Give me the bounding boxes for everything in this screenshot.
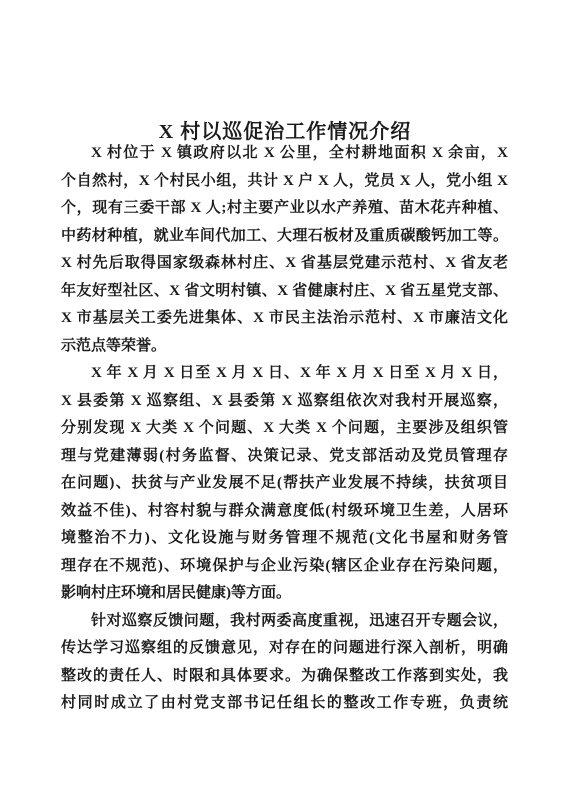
paragraph-line: X 村先后取得国家级森林村庄、X 省基层党建示范村、X 省友老 (61, 250, 508, 278)
paragraph-overview: X 村位于 X 镇政府以北 X 公里，全村耕地面积 X 余亩，X 个自然村，X … (61, 140, 508, 360)
paragraph-line: 个，现有三委干部 X 人;村主要产业以水产养殖、苗木花卉种植、 (61, 195, 508, 223)
paragraph-line: 整改的责任人、时限和具体要求。为确保整改工作落到实处，我 (61, 663, 508, 691)
paragraph-line: 年友好型社区、X 省文明村镇、X 省健康村庄、X 省五星党支部、 (61, 278, 508, 306)
paragraph-line: 境整治不力)、文化设施与财务管理不规范(文化书屋和财务管 (61, 525, 508, 553)
document-body: X 村位于 X 镇政府以北 X 公里，全村耕地面积 X 余亩，X 个自然村，X … (61, 140, 508, 718)
paragraph-line: 理存在不规范)、环境保护与企业污染(辖区企业存在污染问题， (61, 553, 508, 581)
document-page: X 村以巡促治工作情况介绍 X 村位于 X 镇政府以北 X 公里，全村耕地面积 … (0, 0, 570, 807)
paragraph-line: X 年 X 月 X 日至 X 月 X 日、X 年 X 月 X 日至 X 月 X … (61, 360, 508, 388)
paragraph-line: 示范点等荣誉。 (61, 333, 508, 361)
paragraph-line: 效益不佳)、村容村貌与群众满意度低(村级环境卫生差，人居环 (61, 498, 508, 526)
paragraph-line: 分别发现 X 大类 X 个问题、X 大类 X 个问题，主要涉及组织管 (61, 415, 508, 443)
paragraph-line: 个自然村，X 个村民小组，共计 X 户 X 人，党员 X 人，党小组 X (61, 168, 508, 196)
paragraph-line: 村同时成立了由村党支部书记任组长的整改工作专班，负责统 (61, 690, 508, 718)
paragraph-inspection-findings: X 年 X 月 X 日至 X 月 X 日、X 年 X 月 X 日至 X 月 X … (61, 360, 508, 608)
paragraph-line: X 县委第 X 巡察组、X 县委第 X 巡察组依次对我村开展巡察， (61, 388, 508, 416)
paragraph-line: 传达学习巡察组的反馈意见，对存在的问题进行深入剖析，明确 (61, 635, 508, 663)
paragraph-line: 中药材种植，就业车间代加工、大理石板材及重质碳酸钙加工等。 (61, 223, 508, 251)
paragraph-line: 针对巡察反馈问题，我村两委高度重视，迅速召开专题会议， (61, 608, 508, 636)
paragraph-line: X 市基层关工委先进集体、X 市民主法治示范村、X 市廉洁文化 (61, 305, 508, 333)
paragraph-rectification: 针对巡察反馈问题，我村两委高度重视，迅速召开专题会议， 传达学习巡察组的反馈意见… (61, 608, 508, 718)
paragraph-line: 影响村庄环境和居民健康)等方面。 (61, 580, 508, 608)
paragraph-line: 在问题)、扶贫与产业发展不足(帮扶产业发展不持续，扶贫项目 (61, 470, 508, 498)
paragraph-line: X 村位于 X 镇政府以北 X 公里，全村耕地面积 X 余亩，X (61, 140, 508, 168)
paragraph-line: 理与党建薄弱(村务监督、决策记录、党支部活动及党员管理存 (61, 443, 508, 471)
